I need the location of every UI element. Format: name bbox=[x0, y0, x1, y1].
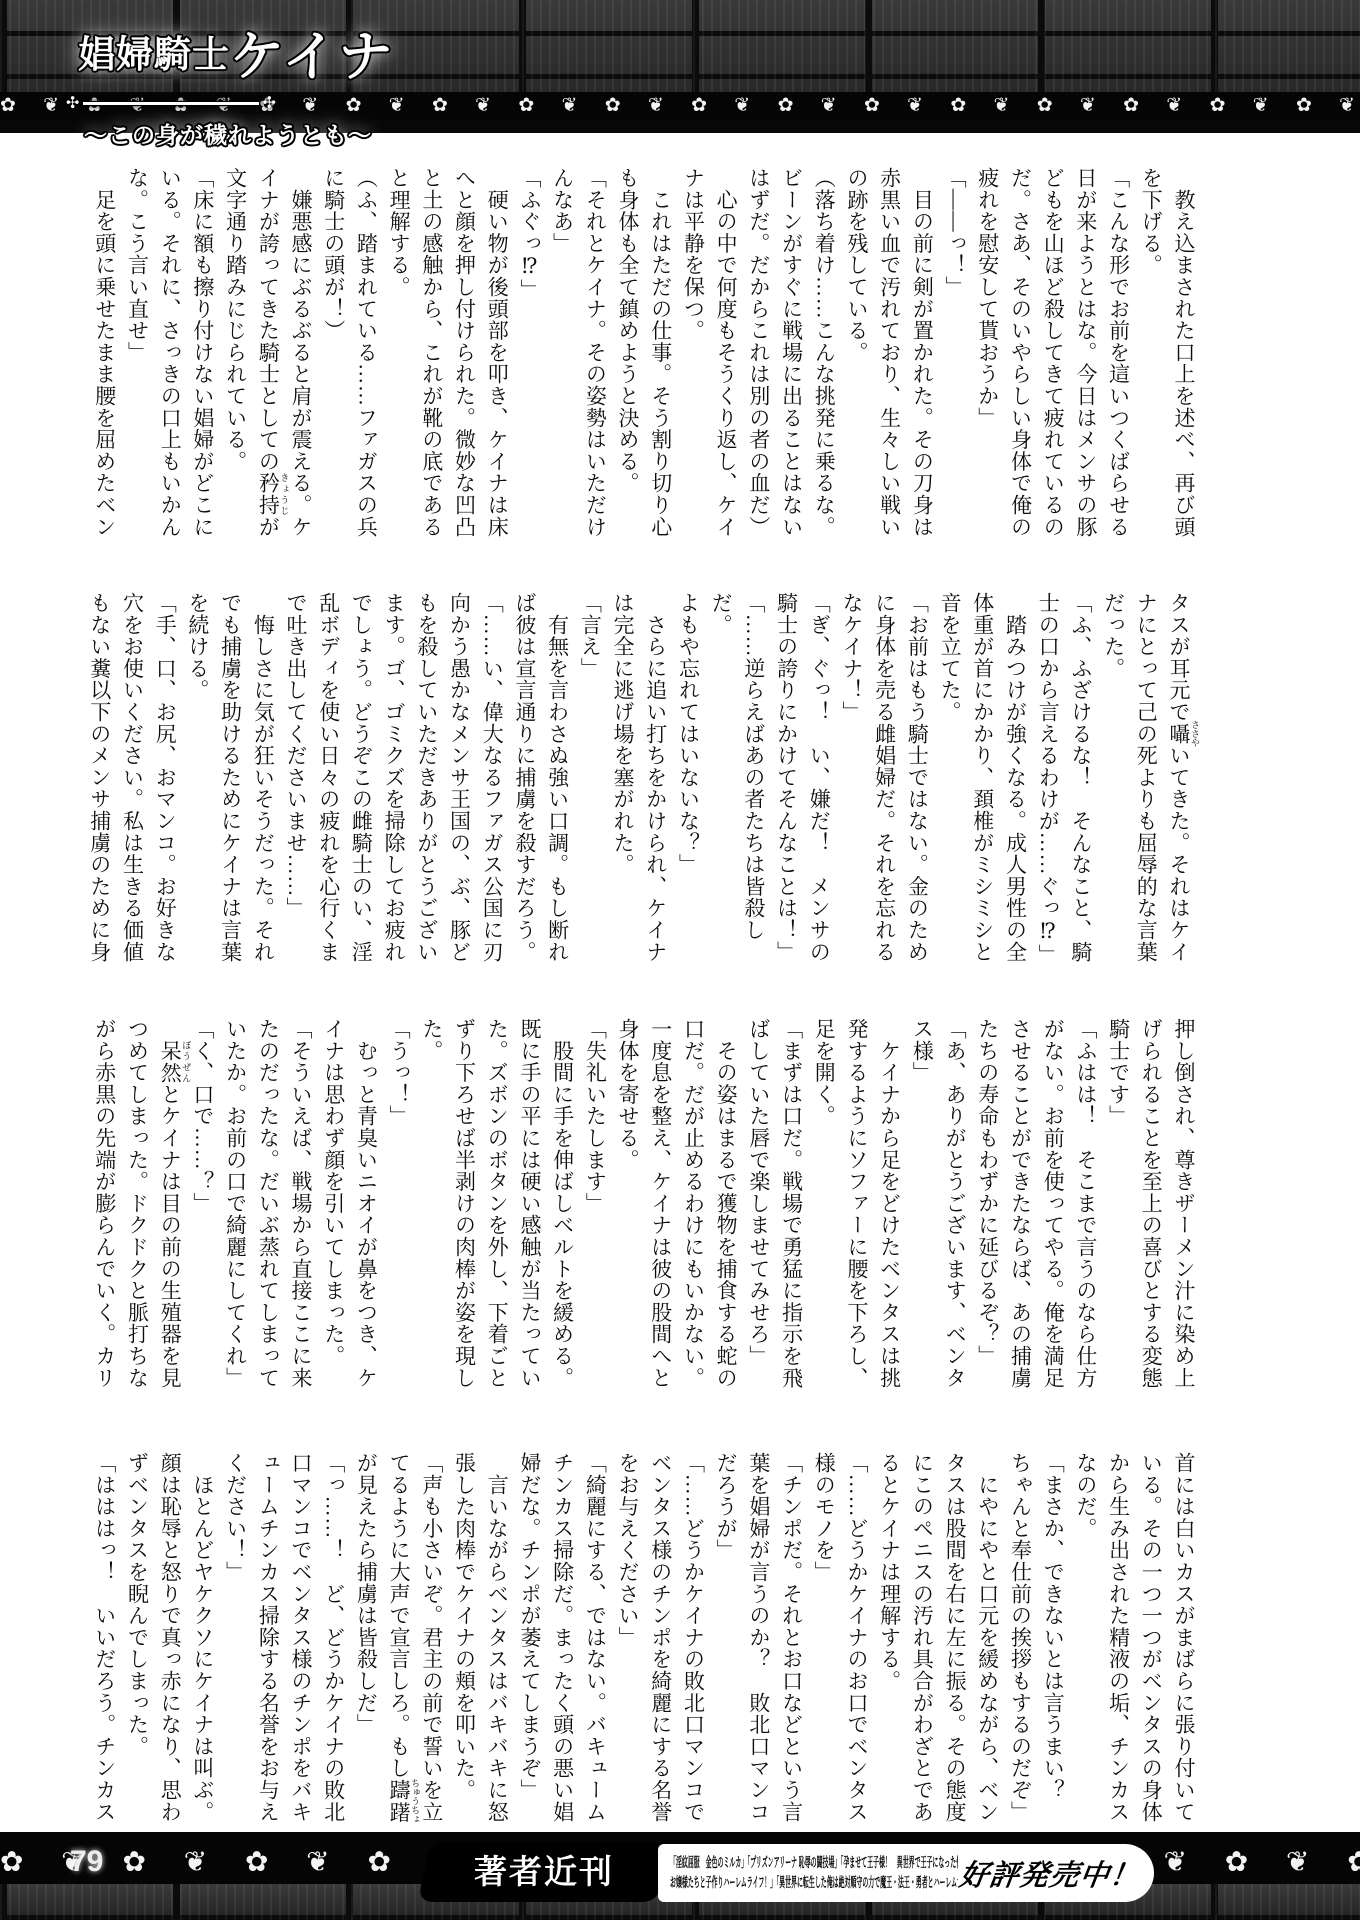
book-title-name: ケイナ bbox=[230, 27, 394, 87]
text-band-2: タスが耳元で囁ささやいてきた。それはケイ ナにとって己の死よりも屈辱的な言葉 だ… bbox=[86, 592, 1200, 970]
text-band-3: 押し倒され、尊きザーメン汁に染め上 げられることを至上の喜びとする変態 騎士です… bbox=[86, 1018, 1200, 1396]
book-list-line-2: お嬢様たちと子作りハーレムライフ！」「異世界に転生した俺は絶対順守の力で魔王・法… bbox=[670, 1873, 958, 1893]
text-band-4: 首には白いカスがまばらに張り付いて いる。その一つ一つがベンタスの身体 から生み… bbox=[86, 1452, 1200, 1830]
promo-banner: 「淫紋屈服 金色のミルカ」「プリズンアリーナ 恥辱の闘技場」「孕ませて王子様！ … bbox=[658, 1844, 1154, 1902]
book-title: 娼婦騎士ケイナ bbox=[78, 14, 394, 91]
page-number: 79 bbox=[70, 1845, 103, 1879]
rule-line bbox=[83, 102, 258, 105]
book-title-prefix: 娼婦騎士 bbox=[78, 34, 230, 75]
author-recent-works-text: 著者近刊 bbox=[424, 1842, 664, 1902]
on-sale-now-text: 好評発売中！ bbox=[957, 1853, 1143, 1894]
title-ornament-rule: ✣ ✣ bbox=[66, 93, 276, 113]
reader-page[interactable]: 娼婦騎士ケイナ ✣ ✣ 〜この身が穢れようとも〜 ✿ ❦ ✿ ❦ ✿ ❦ ✿ ❦… bbox=[0, 0, 1360, 1920]
book-title-list: 「淫紋屈服 金色のミルカ」「プリズンアリーナ 恥辱の闘技場」「孕ませて王子様！ … bbox=[670, 1853, 958, 1894]
text-band-1: 教え込まされた口上を述べ、再び頭 を下げる。 「こんな形でお前を這いつくばらせる… bbox=[86, 167, 1200, 545]
bottom-divider-rule bbox=[0, 1832, 1360, 1839]
book-list-line-1: 「淫紋屈服 金色のミルカ」「プリズンアリーナ 恥辱の闘技場」「孕ませて王子様！ … bbox=[670, 1853, 958, 1873]
author-recent-works-label: 著者近刊 bbox=[418, 1842, 671, 1902]
fleur-icon: ✣ bbox=[66, 93, 79, 113]
book-title-block: 娼婦騎士ケイナ ✣ ✣ 〜この身が穢れようとも〜 bbox=[78, 14, 394, 150]
fleur-icon: ✣ bbox=[263, 93, 276, 113]
book-subtitle: 〜この身が穢れようとも〜 bbox=[84, 117, 394, 150]
